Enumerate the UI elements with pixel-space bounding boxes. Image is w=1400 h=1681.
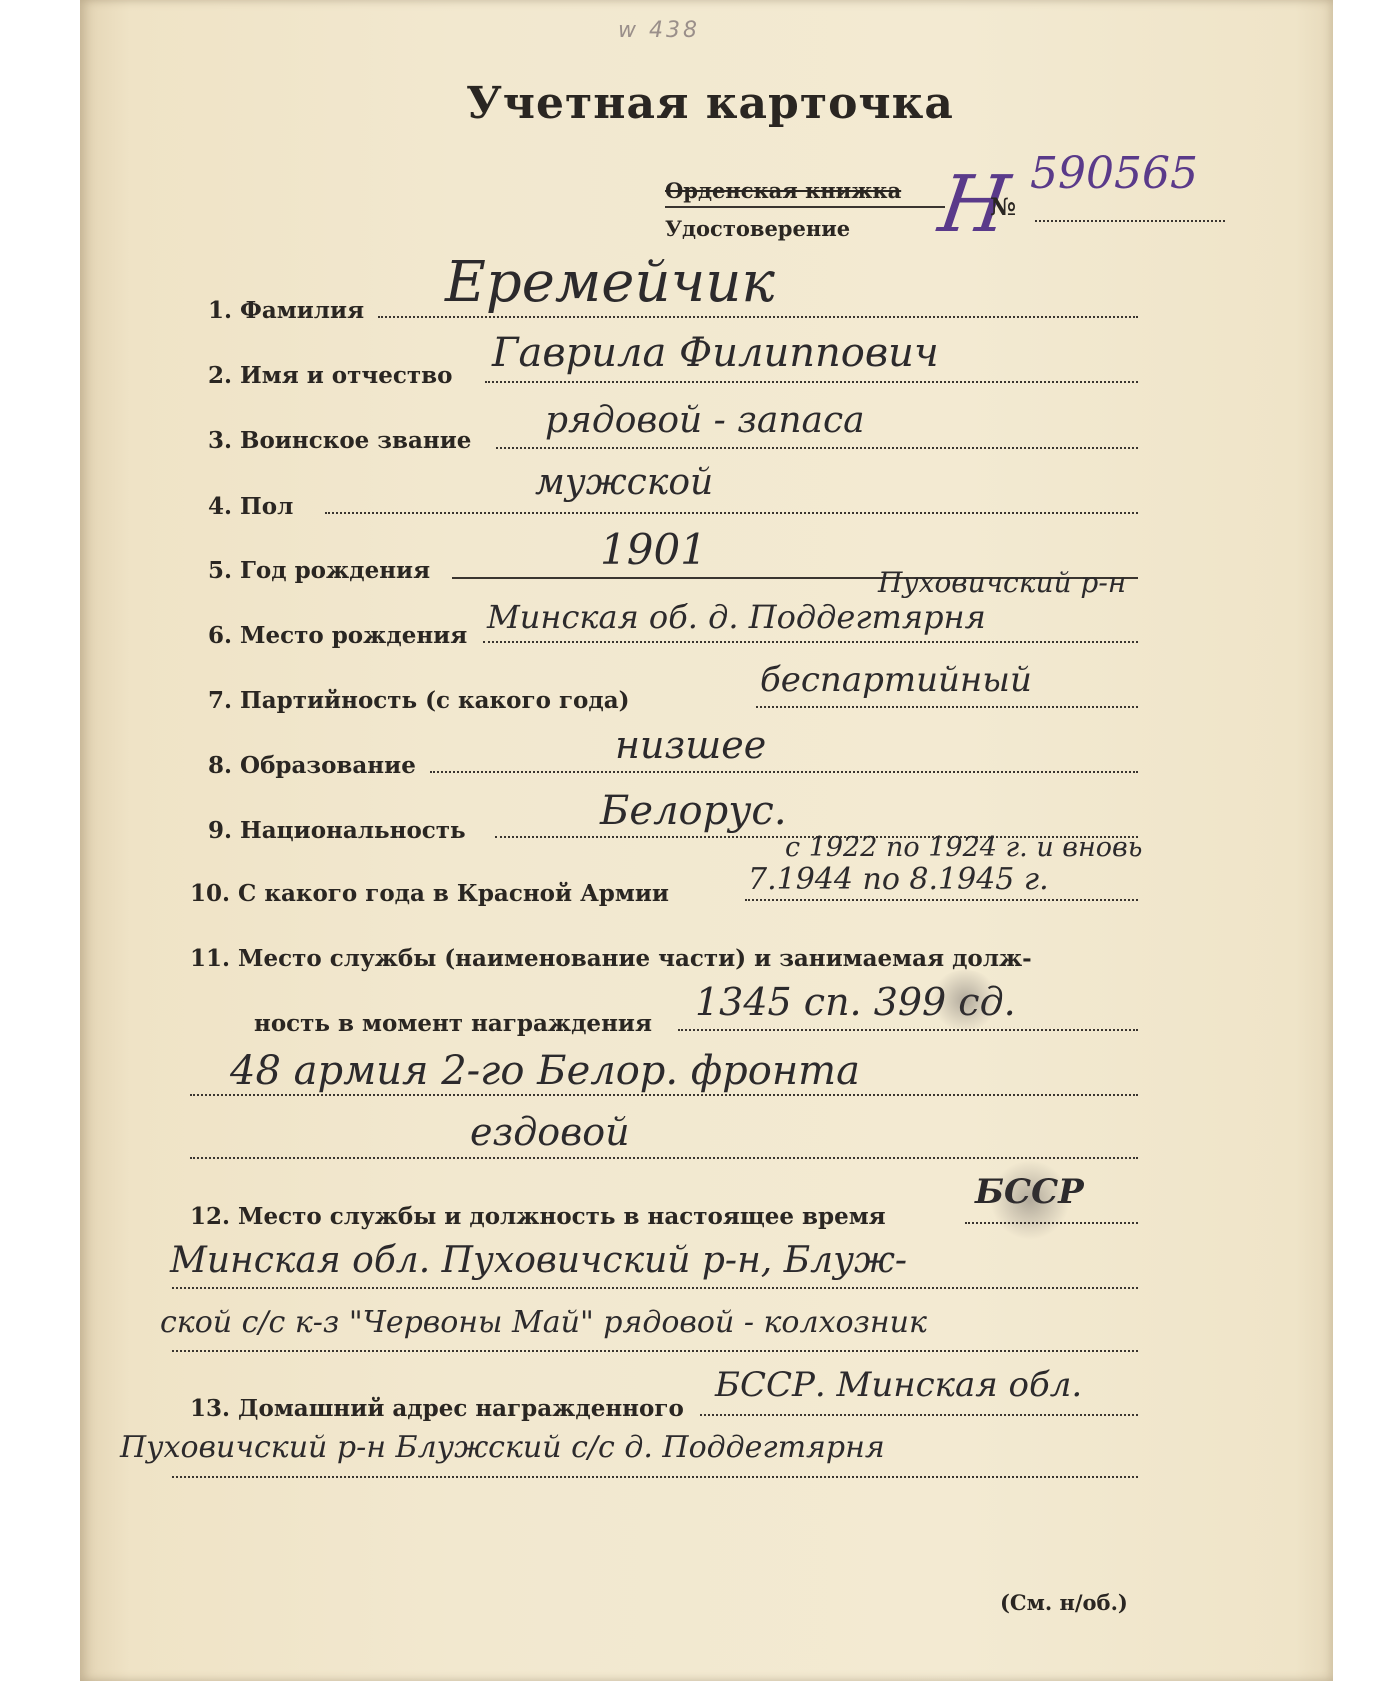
field-line <box>378 316 1138 318</box>
field-value: Еремейчик <box>445 250 775 315</box>
field-label: 12. Место службы и должность в настоящее… <box>190 1203 886 1230</box>
field-label: 1. Фамилия <box>208 297 364 324</box>
field-line <box>325 512 1138 514</box>
field-line <box>485 381 1138 383</box>
field-value: 7.1944 по 8.1945 г. <box>748 862 1049 897</box>
field-value-line: Минская обл. Пуховичский р-н, Блуж- <box>170 1240 907 1281</box>
field-value: Гаврила Филиппович <box>492 330 939 376</box>
continuation-line <box>172 1350 1138 1352</box>
field-line <box>496 447 1138 449</box>
field-value: низшее <box>615 723 766 767</box>
field-value: Белорус. <box>600 788 787 834</box>
continuation-line <box>190 1094 1138 1096</box>
field-label: 7. Партийность (с какого года) <box>208 687 630 714</box>
field-value: 1901 <box>600 525 707 574</box>
field-line <box>700 1414 1138 1416</box>
number-sign: № <box>990 192 1016 221</box>
field-label: 8. Образование <box>208 752 416 779</box>
continuation-line <box>172 1476 1138 1478</box>
doc-type-divider <box>665 206 945 208</box>
field-label-continuation: ность в момент награждения <box>254 1010 652 1037</box>
field-line <box>430 771 1138 773</box>
field-label: 13. Домашний адрес награжденного <box>190 1395 684 1422</box>
field-value-line: Пуховичский р-н Блужский с/с д. Поддегтя… <box>120 1430 885 1465</box>
field-label: 2. Имя и отчество <box>208 362 452 389</box>
field-label: 4. Пол <box>208 493 293 520</box>
doc-type-struck: Орденская книжка <box>665 178 901 203</box>
archive-number: w 438 <box>618 18 700 43</box>
footer-note: (См. н/об.) <box>1000 1590 1128 1615</box>
ink-smudge <box>930 970 1000 1030</box>
page-title: Учетная карточка <box>0 78 1400 129</box>
struck-text: Орденская книжка <box>665 178 901 203</box>
field-value: Минская об. д. Поддегтярня <box>487 598 986 636</box>
field-line <box>756 706 1138 708</box>
field-label: 9. Национальность <box>208 817 466 844</box>
field-label: 3. Воинское звание <box>208 427 471 454</box>
continuation-line <box>172 1287 1138 1289</box>
field-value-line: ской с/с к-з "Червоны Май" рядовой - кол… <box>160 1305 927 1340</box>
field-value-line: ездовой <box>470 1110 630 1154</box>
field-line <box>678 1029 1138 1031</box>
field-label: 10. С какого года в Красной Армии <box>190 880 669 907</box>
continuation-line <box>190 1157 1138 1159</box>
doc-type: Удостоверение <box>665 216 850 241</box>
field-value: БССР. Минская обл. <box>715 1365 1082 1405</box>
field-value: беспартийный <box>760 660 1032 700</box>
field-line <box>745 899 1138 901</box>
field-label: 5. Год рождения <box>208 557 430 584</box>
field-value: рядовой - запаса <box>545 400 865 441</box>
ink-smudge <box>990 1160 1070 1240</box>
field-value-above: Пуховичский р-н <box>878 566 1126 599</box>
number-line <box>1035 220 1225 222</box>
field-value-above: с 1922 по 1924 г. и вновь <box>785 832 1142 863</box>
field-value-line: 48 армия 2-го Белор. фронта <box>230 1048 860 1094</box>
card-number: 590565 <box>1030 148 1198 199</box>
field-value: мужской <box>535 462 713 503</box>
field-label: 6. Место рождения <box>208 622 467 649</box>
field-label: 11. Место службы (наименование части) и … <box>190 945 1032 972</box>
field-line <box>483 641 1138 643</box>
